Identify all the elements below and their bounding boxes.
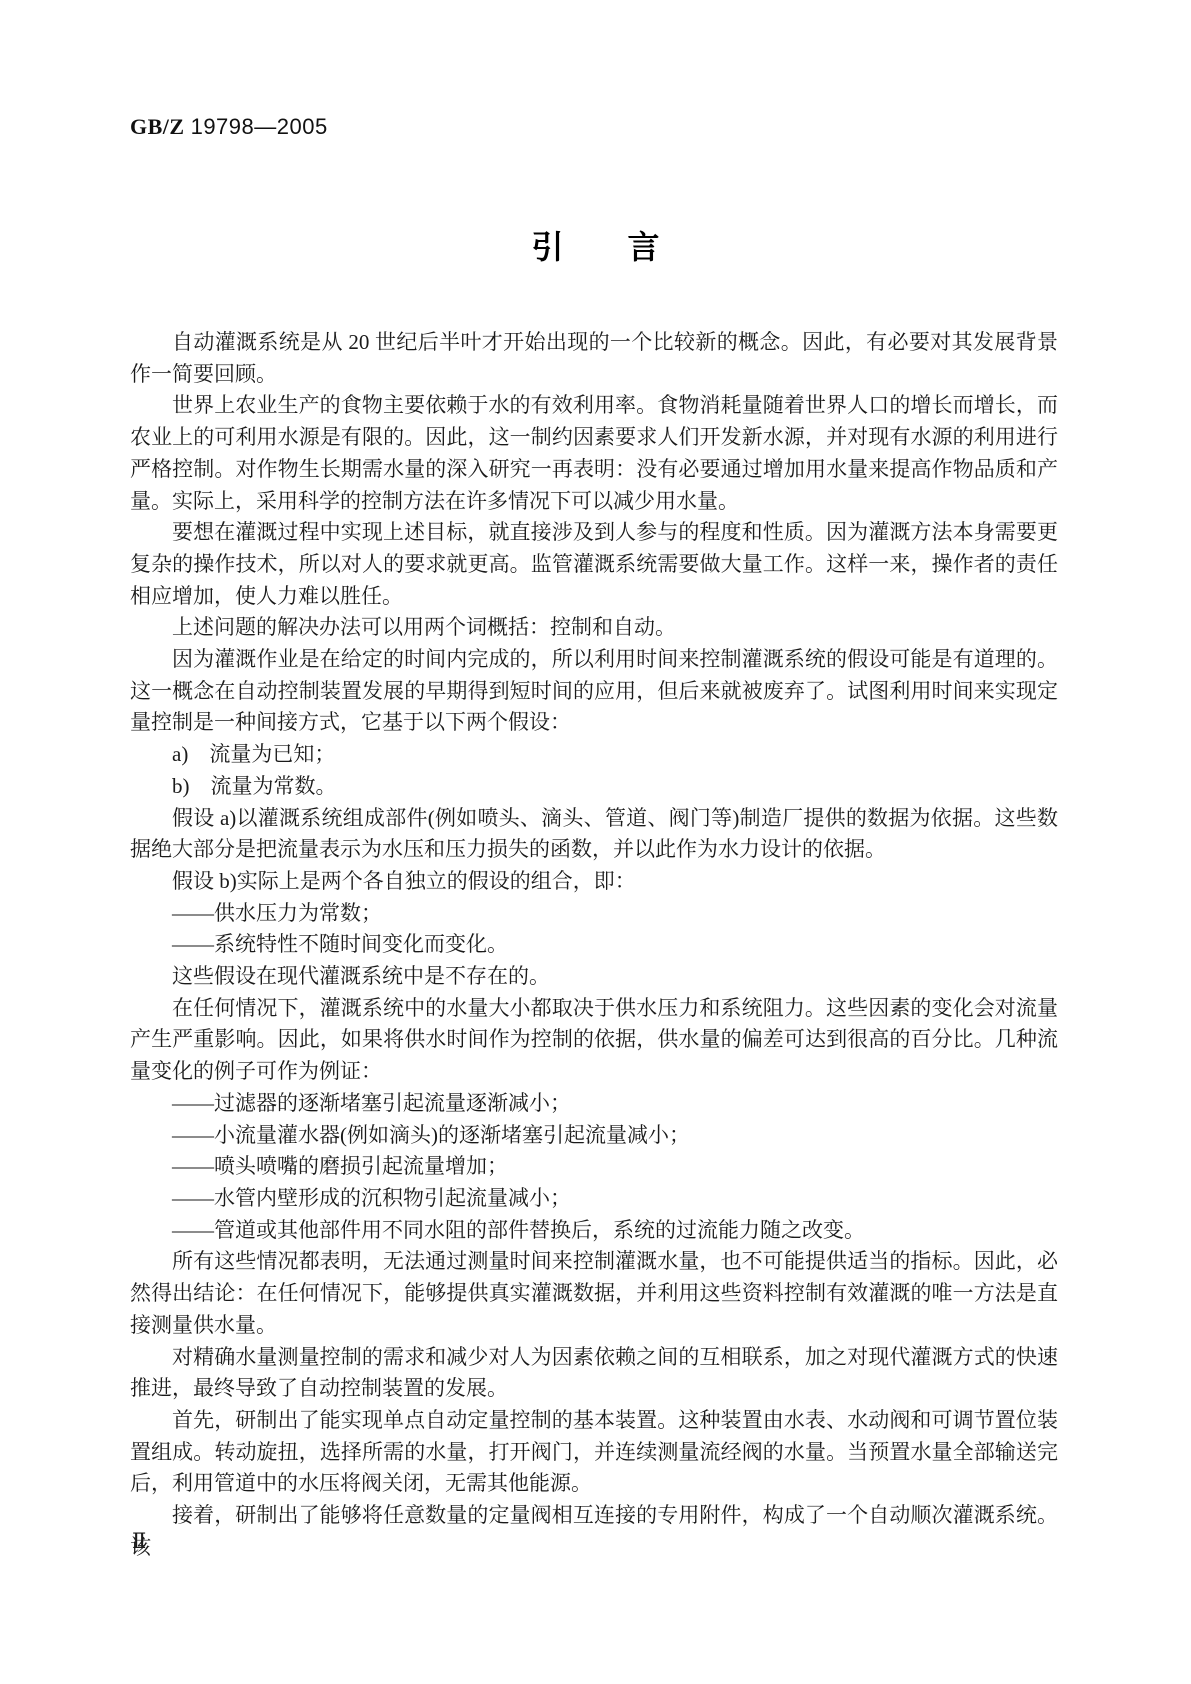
paragraph: 因为灌溉作业是在给定的时间内完成的，所以利用时间来控制灌溉系统的假设可能是有道理… [130,644,1058,739]
dash-list-item: ——管道或其他部件用不同水阻的部件替换后，系统的过流能力随之改变。 [130,1215,1058,1247]
paragraph: 上述问题的解决办法可以用两个词概括：控制和自动。 [130,612,1058,644]
standard-code: GB/Z19798—2005 [130,114,328,140]
letter-list-item: a) 流量为已知； [130,739,1058,771]
paragraph: 接着，研制出了能够将任意数量的定量阀相互连接的专用附件，构成了一个自动顺次灌溉系… [130,1500,1058,1563]
paragraph: 假设 b)实际上是两个各自独立的假设的组合，即： [130,866,1058,898]
page-number: Ⅱ [132,1526,146,1558]
paragraph: 对精确水量测量控制的需求和减少对人为因素依赖之间的互相联系，加之对现代灌溉方式的… [130,1342,1058,1405]
dash-list-item: ——水管内壁形成的沉积物引起流量减小； [130,1183,1058,1215]
dash-list-item: ——喷头喷嘴的磨损引起流量增加； [130,1151,1058,1183]
paragraph: 在任何情况下，灌溉系统中的水量大小都取决于供水压力和系统阻力。这些因素的变化会对… [130,993,1058,1088]
standard-code-number: 19798—2005 [191,114,328,139]
paragraph: 世界上农业生产的食物主要依赖于水的有效利用率。食物消耗量随着世界人口的增长而增长… [130,390,1058,517]
dash-list-item: ——小流量灌水器(例如滴头)的逐渐堵塞引起流量减小； [130,1120,1058,1152]
standard-code-prefix: GB/Z [130,114,185,139]
dash-list-item: ——系统特性不随时间变化而变化。 [130,929,1058,961]
document-page: GB/Z19798—2005 引 言 自动灌溉系统是从 20 世纪后半叶才开始出… [0,0,1191,1684]
dash-list-item: ——供水压力为常数； [130,898,1058,930]
paragraph: 首先，研制出了能实现单点自动定量控制的基本装置。这种装置由水表、水动阀和可调节置… [130,1405,1058,1500]
paragraph: 所有这些情况都表明，无法通过测量时间来控制灌溉水量，也不可能提供适当的指标。因此… [130,1246,1058,1341]
paragraph: 假设 a)以灌溉系统组成部件(例如喷头、滴头、管道、阀门等)制造厂提供的数据为依… [130,803,1058,866]
dash-list-item: ——过滤器的逐渐堵塞引起流量逐渐减小； [130,1088,1058,1120]
page-title: 引 言 [0,222,1191,268]
paragraph: 要想在灌溉过程中实现上述目标，就直接涉及到人参与的程度和性质。因为灌溉方法本身需… [130,517,1058,612]
letter-list-item: b) 流量为常数。 [130,771,1058,803]
paragraph: 这些假设在现代灌溉系统中是不存在的。 [130,961,1058,993]
paragraph: 自动灌溉系统是从 20 世纪后半叶才开始出现的一个比较新的概念。因此，有必要对其… [130,327,1058,390]
body-text: 自动灌溉系统是从 20 世纪后半叶才开始出现的一个比较新的概念。因此，有必要对其… [130,327,1058,1563]
